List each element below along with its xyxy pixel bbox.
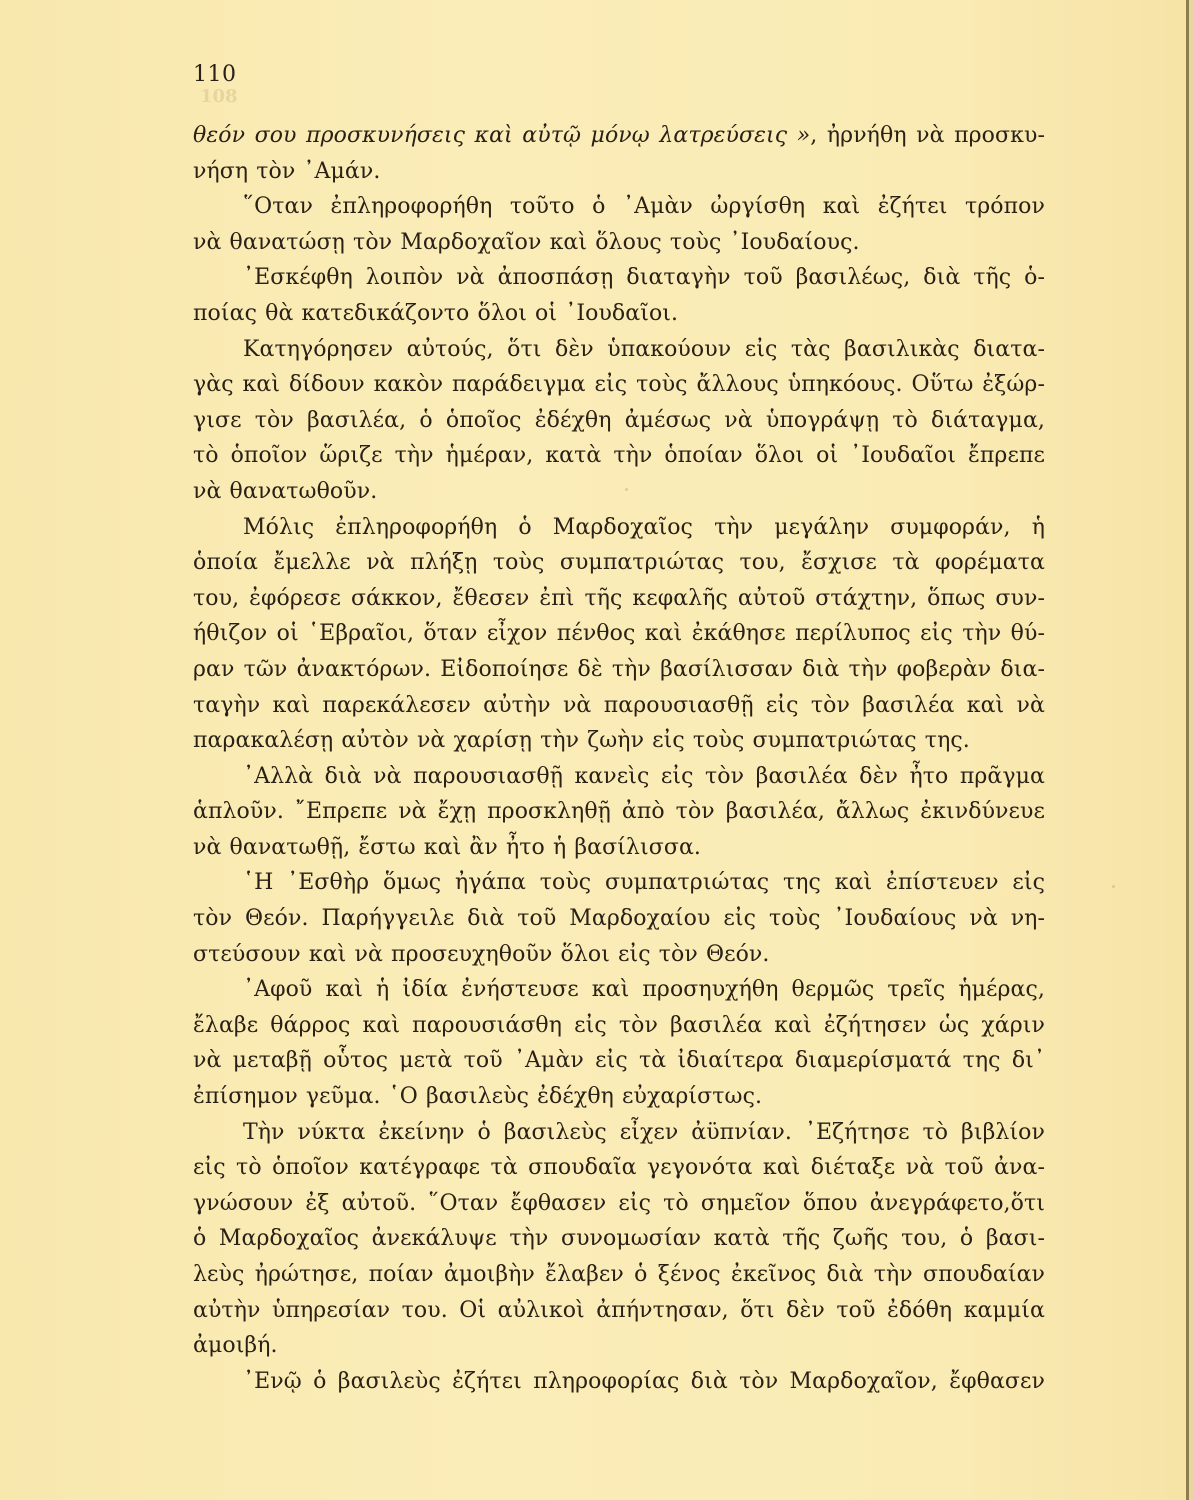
text-line: θεόν σου προσκυνήσεις καὶ αὐτῷ μόνῳ λατρ… bbox=[193, 118, 1045, 154]
text-line: ἁπλοῦν. ῎Επρεπε νὰ ἔχῃ προσκληθῇ ἀπὸ τὸν… bbox=[193, 794, 1045, 830]
text-line: γνώσουν ἐξ αὐτοῦ. ῞Οταν ἔφθασεν εἰς τὸ σ… bbox=[193, 1186, 1045, 1222]
paragraph-start: ῞Οταν ἐπληροφορήθη τοῦτο ὁ ᾿Αμὰν ὠργίσθη… bbox=[193, 189, 1045, 225]
text-line: ραν τῶν ἀνακτόρων. Εἰδοποίησε δὲ τὴν βασ… bbox=[193, 652, 1045, 688]
next-page-strip bbox=[1189, 0, 1194, 1500]
text-line: νήση τὸν ᾿Αμάν. bbox=[193, 154, 1045, 190]
text-line: στεύσουν καὶ νὰ προσευχηθοῦν ὅλοι εἰς τὸ… bbox=[193, 937, 1045, 973]
bleed-through-page-number: 108 bbox=[200, 86, 238, 107]
paragraph-start: ᾿Ενῷ ὁ βασιλεὺς ἐζήτει πληροφορίας διὰ τ… bbox=[193, 1364, 1045, 1400]
text-line: ὁποία ἔμελλε νὰ πλήξῃ τοὺς συμπατριώτας … bbox=[193, 545, 1045, 581]
text-line: του, ἐφόρεσε σάκκον, ἔθεσεν ἐπὶ τῆς κεφα… bbox=[193, 581, 1045, 617]
page-number: 110 bbox=[193, 62, 237, 87]
paragraph-start: ᾿Αφοῦ καὶ ἡ ἰδία ἐνήστευσε καὶ προσηυχήθ… bbox=[193, 972, 1045, 1008]
text-line: ὁ Μαρδοχαῖος ἀνεκάλυψε τὴν συνομωσίαν κα… bbox=[193, 1221, 1045, 1257]
quoted-scripture: θεόν σου προσκυνήσεις καὶ αὐτῷ μόνῳ λατρ… bbox=[193, 123, 810, 148]
text-line: νὰ θανατώσῃ τὸν Μαρδοχαῖον καὶ ὅλους τοὺ… bbox=[193, 225, 1045, 261]
text-line: τὸ ὁποῖον ὥριζε τὴν ἡμέραν, κατὰ τὴν ὁπο… bbox=[193, 438, 1045, 474]
paper-speck bbox=[1112, 885, 1115, 888]
text-line: παρακαλέσῃ αὐτὸν νὰ χαρίσῃ τὴν ζωὴν εἰς … bbox=[193, 723, 1045, 759]
text-line: ποίας θὰ κατεδικάζοντο ὅλοι οἱ ᾿Ιουδαῖοι… bbox=[193, 296, 1045, 332]
text-line: ήθιζον οἱ ῾Εβραῖοι, ὅταν εἶχον πένθος κα… bbox=[193, 616, 1045, 652]
text-line: νὰ μεταβῇ οὗτος μετὰ τοῦ ᾿Αμὰν εἰς τὰ ἰδ… bbox=[193, 1043, 1045, 1079]
text-line: εἰς τὸ ὁποῖον κατέγραφε τὰ σπουδαῖα γεγο… bbox=[193, 1150, 1045, 1186]
text-line: γὰς καὶ δίδουν κακὸν παράδειγμα εἰς τοὺς… bbox=[193, 367, 1045, 403]
text-line: αὐτὴν ὑπηρεσίαν του. Οἱ αὐλικοὶ ἀπήντησα… bbox=[193, 1293, 1045, 1329]
text-line: ταγὴν καὶ παρεκάλεσεν αὐτὴν νὰ παρουσιασ… bbox=[193, 688, 1045, 724]
text-line: ἐπίσημον γεῦμα. ῾Ο βασιλεὺς ἐδέχθη εὐχαρ… bbox=[193, 1079, 1045, 1115]
paragraph-start: Κατηγόρησεν αὐτούς, ὅτι δὲν ὑπακούουν εἰ… bbox=[193, 332, 1045, 368]
text-line: ἀμοιβή. bbox=[193, 1328, 1045, 1364]
text-line: νὰ θανατωθοῦν. bbox=[193, 474, 1045, 510]
text-line: γισε τὸν βασιλέα, ὁ ὁποῖος ἐδέχθη ἀμέσως… bbox=[193, 403, 1045, 439]
book-page: 108 110 θεόν σου προσκυνήσεις καὶ αὐτῷ μ… bbox=[0, 0, 1188, 1500]
paragraph-start: ᾿Εσκέφθη λοιπὸν νὰ ἀποσπάσῃ διαταγὴν τοῦ… bbox=[193, 260, 1045, 296]
paragraph-start: ῾Η ᾿Εσθὴρ ὅμως ἠγάπα τοὺς συμπατριώτας τ… bbox=[193, 865, 1045, 901]
text-line: ἔλαβε θάρρος καὶ παρουσιάσθη εἰς τὸν βασ… bbox=[193, 1008, 1045, 1044]
body-text: θεόν σου προσκυνήσεις καὶ αὐτῷ μόνῳ λατρ… bbox=[193, 118, 1045, 1399]
text-line: λεὺς ἠρώτησε, ποίαν ἀμοιβὴν ἔλαβεν ὁ ξέν… bbox=[193, 1257, 1045, 1293]
paper-speck bbox=[625, 488, 628, 491]
paragraph-start: Τὴν νύκτα ἐκείνην ὁ βασιλεὺς εἶχεν ἀϋπνί… bbox=[193, 1115, 1045, 1151]
text-line: νὰ θανατωθῇ, ἔστω καὶ ἂν ἦτο ἡ βασίλισσα… bbox=[193, 830, 1045, 866]
paragraph-start: Μόλις ἐπληροφορήθη ὁ Μαρδοχαῖος τὴν μεγά… bbox=[193, 510, 1045, 546]
paragraph-start: ᾿Αλλὰ διὰ νὰ παρουσιασθῇ κανεὶς εἰς τὸν … bbox=[193, 759, 1045, 795]
text-line: τὸν Θεόν. Παρήγγειλε διὰ τοῦ Μαρδοχαίου … bbox=[193, 901, 1045, 937]
